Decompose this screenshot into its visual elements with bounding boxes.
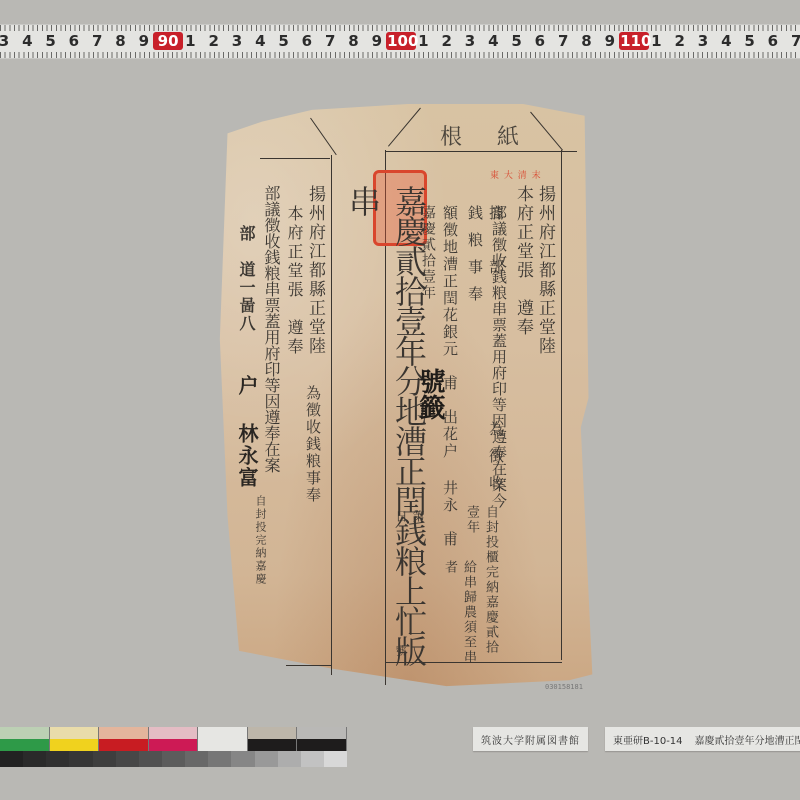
ruler-number: 3 [693, 32, 713, 50]
color-swatch [297, 739, 347, 751]
ruler-number: 3 [460, 32, 480, 50]
text-column: 揚州府江都縣正堂陸 [533, 185, 558, 385]
ruler-number: 1 [413, 32, 433, 50]
frame-line [286, 665, 331, 666]
catalog-title: 嘉慶貳拾壹年分地漕正閏銭 [695, 732, 800, 747]
ruler-number: 1 [646, 32, 666, 50]
color-swatch [46, 751, 69, 767]
color-swatch [0, 739, 50, 751]
frame-line [260, 158, 330, 159]
ruler-number: 7 [87, 32, 107, 50]
color-swatch [198, 739, 248, 751]
color-row-saturated [0, 739, 347, 751]
ruler-number: 7 [553, 32, 573, 50]
color-swatch [198, 727, 248, 739]
ruler-number: 9 [600, 32, 620, 50]
ruler-number: 2 [204, 32, 224, 50]
ruler-number: 1 [180, 32, 200, 50]
frame-line [561, 150, 562, 660]
ruler-number: 4 [250, 32, 270, 50]
color-swatch [208, 751, 231, 767]
ruler-number: 6 [530, 32, 550, 50]
ruler-number: 6 [763, 32, 783, 50]
ruler-ticks-top [0, 25, 800, 31]
ruler-ticks-bottom [0, 52, 800, 58]
text-column: 户 林永富 [233, 375, 262, 505]
ruler-number: 110 [619, 32, 649, 50]
ruler-number: 6 [64, 32, 84, 50]
library-label: 筑波大学附属図書館 [473, 727, 588, 751]
frame-line [385, 151, 577, 152]
color-swatch [248, 739, 298, 751]
frame-line [331, 155, 332, 675]
text-column: 部 道一啚八 [235, 225, 258, 375]
ruler-number: 6 [297, 32, 317, 50]
color-swatch [23, 751, 46, 767]
color-swatch [69, 751, 92, 767]
color-swatch [162, 751, 185, 767]
color-swatch [50, 739, 100, 751]
color-swatch [116, 751, 139, 767]
color-swatch [255, 751, 278, 767]
text-column: 嘉慶貳拾壹年 [418, 205, 438, 355]
color-swatch [248, 727, 298, 739]
ruler-number: 9 [367, 32, 387, 50]
ruler-number: 4 [483, 32, 503, 50]
ruler-number: 9 [134, 32, 154, 50]
color-swatch [278, 751, 301, 767]
grayscale-row [0, 751, 347, 767]
text-column: 據 部 為徴收銭粮事奉 [465, 205, 507, 505]
ruler-number: 5 [740, 32, 760, 50]
color-swatch [0, 751, 23, 767]
color-calibration-target [0, 727, 347, 777]
ruler-number: 2 [670, 32, 690, 50]
ruler-number: 5 [274, 32, 294, 50]
bold-stamp: 號籤 [412, 368, 449, 420]
ruler-number: 8 [344, 32, 364, 50]
text-column: 為徴收銭粮事奉 [303, 385, 324, 545]
ruler-number: 8 [577, 32, 597, 50]
ruler-number: 8 [111, 32, 131, 50]
ruler-number: 5 [507, 32, 527, 50]
catalog-label: 東亜研B-10-14 嘉慶貳拾壹年分地漕正閏銭 [605, 727, 800, 751]
text-column: 揚州府江都縣正堂陸 [303, 185, 328, 385]
text-column: 號 [392, 645, 408, 665]
text-column: 第 日 [393, 510, 427, 570]
catalog-number-stamp: 030158181 [545, 683, 583, 691]
red-annotation: 東 大 清 末 [490, 168, 542, 181]
color-swatch [139, 751, 162, 767]
catalog-id: 東亜研B-10-14 [613, 732, 683, 747]
color-swatch [50, 727, 100, 739]
color-swatch [149, 739, 199, 751]
color-swatch [301, 751, 324, 767]
text-column: 本府正堂張 遵奉 [283, 205, 306, 405]
text-column: 自封投完納嘉慶 [252, 495, 268, 615]
color-swatch [297, 727, 347, 739]
text-column: 本府正堂張 遵奉 [511, 185, 536, 385]
color-swatch [324, 751, 347, 767]
ruler-number: 3 [0, 32, 14, 50]
color-swatch [99, 727, 149, 739]
color-swatch [93, 751, 116, 767]
color-row-pastel [0, 727, 347, 739]
measuring-ruler: 3456789901234567891001234567891101234567 [0, 24, 800, 59]
ruler-number: 3 [227, 32, 247, 50]
ruler-number: 7 [320, 32, 340, 50]
color-swatch [149, 727, 199, 739]
color-swatch [231, 751, 254, 767]
color-swatch [185, 751, 208, 767]
ruler-number: 4 [17, 32, 37, 50]
ruler-number: 100 [386, 32, 416, 50]
color-swatch [99, 739, 149, 751]
ruler-number: 2 [437, 32, 457, 50]
ruler-number: 7 [786, 32, 800, 50]
ruler-number: 5 [41, 32, 61, 50]
top-handwriting: 根 紙 [440, 120, 533, 151]
text-column: 給串歸農須至串者 [440, 560, 478, 670]
color-swatch [0, 727, 50, 739]
ruler-number: 90 [153, 32, 183, 50]
ruler-number: 4 [716, 32, 736, 50]
